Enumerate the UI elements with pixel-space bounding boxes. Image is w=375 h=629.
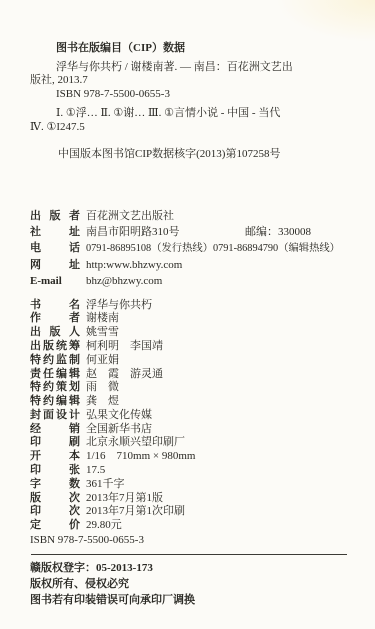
cover-design-value: 弘果文化传媒 [80,409,152,421]
sheets-value: 17.5 [80,464,105,476]
special-planner-row: 特约策划雨 微 [30,381,347,395]
cover-design-label: 封面设计 [30,409,80,423]
impression-label: 印 次 [30,505,80,519]
publisher-person-row: 出 版 人姚雪雪 [30,326,347,340]
special-editor-value: 龚 煜 [80,395,119,407]
publisher-info-section: 出 版 者百花洲文艺出版社 社 址南昌市阳明路310号 邮编：330008 电 … [30,208,347,290]
special-editor-label: 特约编辑 [30,395,80,409]
phone-label: 电 话 [30,240,80,256]
divider-rule [31,554,347,555]
publisher-value: 百花洲文艺出版社 [80,210,174,222]
phone-row: 电 话0791-86895108（发行热线）0791-86894790（编辑热线… [30,240,347,257]
address-value: 南昌市阳明路310号 [80,226,180,238]
special-planner-value: 雨 微 [80,381,119,393]
title-value: 浮华与你共朽 [80,299,152,311]
supervisor-value: 何亚娟 [80,354,119,366]
word-count-label: 字 数 [30,478,80,492]
website-row: 网 址http:www.bhzwy.com [30,257,347,273]
email-row: E-mailbhz@bhzwy.com [30,273,347,289]
editor-value: 赵 霞 游灵通 [80,368,163,380]
book-info-section: 书 名浮华与你共朽 作 者谢楼南 出 版 人姚雪雪 出版统筹柯利明 李国靖 特约… [30,299,347,548]
edition-label: 版 次 [30,492,80,506]
format-row: 开 本1/16 710mm × 980mm [30,450,347,464]
publisher-person-value: 姚雪雪 [80,326,119,338]
printing-house-row: 印 刷北京永顺兴望印刷厂 [30,436,347,450]
website-label: 网 址 [30,257,80,273]
editor-label: 责任编辑 [30,368,80,382]
author-row: 作 者谢楼南 [30,312,347,326]
word-count-row: 字 数361千字 [30,478,347,492]
distribution-row: 经 销全国新华书店 [30,423,347,437]
registration-number: 赣版权登字：05-2013-173 [30,560,347,576]
word-count-value: 361千字 [80,478,125,490]
supervisor-label: 特约监制 [30,354,80,368]
author-label: 作 者 [30,312,80,326]
address-row: 社 址南昌市阳明路310号 邮编：330008 [30,224,347,240]
distribution-label: 经 销 [30,423,80,437]
impression-row: 印 次2013年7月第1次印刷 [30,505,347,519]
edition-row: 版 次2013年7月第1版 [30,492,347,506]
distribution-value: 全国新华书店 [80,423,152,435]
footer-block: 赣版权登字：05-2013-173 版权所有、侵权必究 图书若有印装错误可向承印… [30,560,347,608]
title-label: 书 名 [30,299,80,313]
email-value: bhz@bhzwy.com [80,275,162,287]
copyright-notice: 版权所有、侵权必究 [30,576,347,592]
exchange-notice: 图书若有印装错误可向承印厂调换 [30,592,347,608]
format-value: 1/16 710mm × 980mm [80,450,195,462]
impression-value: 2013年7月第1次印刷 [80,505,185,517]
cip-isbn: ISBN 978-7-5500-0655-3 [30,88,347,102]
cip-source-line-2: 版社, 2013.7 [30,74,347,88]
editor-row: 责任编辑赵 霞 游灵通 [30,368,347,382]
sheets-label: 印 张 [30,464,80,478]
cip-classification-line-2: Ⅳ. ①I247.5 [30,121,347,135]
supervisor-row: 特约监制何亚娟 [30,354,347,368]
phone-value: 0791-86895108（发行热线）0791-86894790（编辑热线） [80,243,340,254]
website-value: http:www.bhzwy.com [80,259,182,271]
edition-value: 2013年7月第1版 [80,492,163,504]
sheets-row: 印 张17.5 [30,464,347,478]
cover-design-row: 封面设计弘果文化传媒 [30,409,347,423]
cip-classification-line-1: Ⅰ. ①浮… Ⅱ. ①谢… Ⅲ. ①言情小说 - 中国 - 当代 [30,107,347,121]
printing-house-value: 北京永顺兴望印刷厂 [80,436,185,448]
price-value: 29.80元 [80,519,122,531]
printing-house-label: 印 刷 [30,436,80,450]
cip-record-number: 中国版本图书馆CIP数据核字(2013)第107258号 [30,148,347,162]
postcode-value: 邮编：330008 [245,224,311,240]
cip-block: 图书在版编目（CIP）数据 浮华与你共朽 / 谢楼南著. — 南昌：百花洲文艺出… [30,42,347,162]
publisher-label: 出 版 者 [30,208,80,224]
price-label: 定 价 [30,519,80,533]
copyright-page: 图书在版编目（CIP）数据 浮华与你共朽 / 谢楼南著. — 南昌：百花洲文艺出… [0,0,375,629]
planning-label: 出版统筹 [30,340,80,354]
price-row: 定 价29.80元 [30,519,347,533]
cip-source-line-1: 浮华与你共朽 / 谢楼南著. — 南昌：百花洲文艺出 [30,61,347,75]
format-label: 开 本 [30,450,80,464]
publisher-row: 出 版 者百花洲文艺出版社 [30,208,347,224]
email-label: E-mail [30,273,80,289]
special-planner-label: 特约策划 [30,381,80,395]
book-isbn: ISBN 978-7-5500-0655-3 [30,534,347,548]
planning-row: 出版统筹柯利明 李国靖 [30,340,347,354]
author-value: 谢楼南 [80,312,119,324]
address-label: 社 址 [30,224,80,240]
special-editor-row: 特约编辑龚 煜 [30,395,347,409]
publisher-person-label: 出 版 人 [30,326,80,340]
cip-heading: 图书在版编目（CIP）数据 [30,42,347,56]
title-row: 书 名浮华与你共朽 [30,299,347,313]
planning-value: 柯利明 李国靖 [80,340,163,352]
